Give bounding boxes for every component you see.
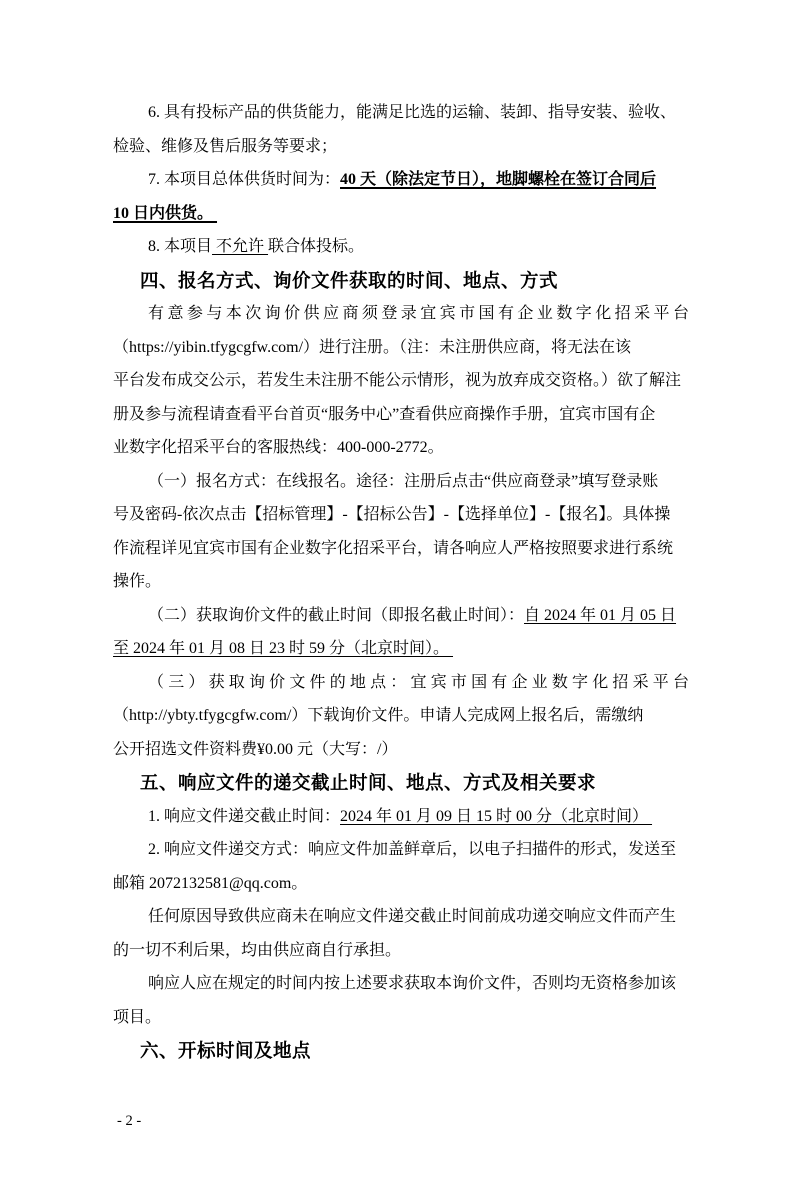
text-run: 的一切不利后果，均由供应商自行承担。: [113, 942, 401, 959]
text-line: 操作。: [113, 565, 689, 599]
text-line: （https://yibin.tfygcgfw.com/）进行注册。（注：未注册…: [113, 331, 689, 365]
text-run: 六、开标时间及地点: [140, 1040, 311, 1061]
text-run: 联合体投标。: [268, 238, 364, 255]
text-line: 业数字化招采平台的客服热线：400-000-2772。: [113, 431, 689, 465]
text-run: 项目。: [113, 1009, 161, 1026]
text-run: 作流程详见宜宾市国有企业数字化招采平台，请各响应人严格按照要求进行系统: [113, 540, 673, 557]
text-run: 1. 响应文件递交截止时间：: [148, 808, 340, 825]
text-line: （二）获取询价文件的截止时间（即报名截止时间）：自 2024 年 01 月 05…: [113, 599, 689, 633]
underlined-text-run: 2024 年 01 月 09 日 15 时 00 分（北京时间）: [340, 808, 652, 825]
text-line: 的一切不利后果，均由供应商自行承担。: [113, 934, 689, 968]
text-line: 6. 具有投标产品的供货能力，能满足比选的运输、装卸、指导安装、验收、: [113, 96, 689, 130]
text-run: （http://ybty.tfygcgfw.com/）下载询价文件。申请人完成网…: [113, 707, 643, 724]
text-line: （http://ybty.tfygcgfw.com/）下载询价文件。申请人完成网…: [113, 699, 689, 733]
text-line: 平台发布成交公示，若发生未注册不能公示情形，视为放弃成交资格。）欲了解注: [113, 364, 689, 398]
section-heading-line: 五、响应文件的递交截止时间、地点、方式及相关要求: [113, 766, 689, 800]
text-run: 公开招选文件资料费¥0.00 元（大写：/）: [113, 741, 397, 758]
text-run: 业数字化招采平台的客服热线：400-000-2772。: [113, 439, 444, 456]
text-run: （三）获取询价文件的地点：宜宾市国有企业数字化招采平台: [148, 674, 689, 691]
text-line: 有意参与本次询价供应商须登录宜宾市国有企业数字化招采平台: [113, 297, 689, 331]
text-run: 检验、维修及售后服务等要求；: [113, 138, 337, 155]
text-line: 邮箱 2072132581@qq.com。: [113, 867, 689, 901]
text-run: 有意参与本次询价供应商须登录宜宾市国有企业数字化招采平台: [148, 305, 689, 322]
text-line: 公开招选文件资料费¥0.00 元（大写：/）: [113, 733, 689, 767]
text-run: 五、响应文件的递交截止时间、地点、方式及相关要求: [140, 772, 596, 793]
text-run: 8. 本项目: [148, 238, 212, 255]
text-run: 6. 具有投标产品的供货能力，能满足比选的运输、装卸、指导安装、验收、: [148, 104, 676, 121]
text-line: 项目。: [113, 1001, 689, 1035]
underlined-text-run: 自 2024 年 01 月 05 日: [524, 607, 676, 624]
underlined-text-run: 10 日内供货。: [113, 205, 217, 222]
text-run: 任何原因导致供应商未在响应文件递交截止时间前成功递交响应文件而产生: [148, 908, 676, 925]
text-line: 1. 响应文件递交截止时间：2024 年 01 月 09 日 15 时 00 分…: [113, 800, 689, 834]
text-run: 四、报名方式、询价文件获取的时间、地点、方式: [140, 270, 558, 291]
text-run: 邮箱 2072132581@qq.com。: [113, 875, 307, 892]
text-line: 2. 响应文件递交方式：响应文件加盖鲜章后，以电子扫描件的形式，发送至: [113, 833, 689, 867]
section-heading-line: 四、报名方式、询价文件获取的时间、地点、方式: [113, 264, 689, 298]
text-line: 册及参与流程请查看平台首页“服务中心”查看供应商操作手册，宜宾市国有企: [113, 398, 689, 432]
text-run: 操作。: [113, 573, 161, 590]
text-line: （三）获取询价文件的地点：宜宾市国有企业数字化招采平台: [113, 666, 689, 700]
text-run: （二）获取询价文件的截止时间（即报名截止时间）：: [148, 607, 524, 624]
text-line: 8. 本项目 不允许 联合体投标。: [113, 230, 689, 264]
section-heading-line: 六、开标时间及地点: [113, 1034, 689, 1068]
underlined-text-run: 40 天（除法定节日），地脚螺栓在签订合同后: [340, 171, 656, 188]
text-run: 号及密码-依次点击【招标管理】-【招标公告】-【选择单位】-【报名】。具体操: [113, 506, 670, 523]
text-run: 平台发布成交公示，若发生未注册不能公示情形，视为放弃成交资格。）欲了解注: [113, 372, 681, 389]
text-line: 检验、维修及售后服务等要求；: [113, 130, 689, 164]
page-number: - 2 -: [117, 1110, 141, 1132]
text-line: （一）报名方式：在线报名。途径：注册后点击“供应商登录”填写登录账: [113, 465, 689, 499]
document-content: 6. 具有投标产品的供货能力，能满足比选的运输、装卸、指导安装、验收、检验、维修…: [113, 96, 689, 1068]
text-run: （https://yibin.tfygcgfw.com/）进行注册。（注：未注册…: [113, 339, 631, 356]
text-run: 2. 响应文件递交方式：响应文件加盖鲜章后，以电子扫描件的形式，发送至: [148, 841, 676, 858]
text-line: 任何原因导致供应商未在响应文件递交截止时间前成功递交响应文件而产生: [113, 900, 689, 934]
underlined-text-run: 至 2024 年 01 月 08 日 23 时 59 分（北京时间）。: [113, 640, 453, 657]
text-run: 7. 本项目总体供货时间为：: [148, 171, 340, 188]
text-line: 10 日内供货。: [113, 197, 689, 231]
text-line: 至 2024 年 01 月 08 日 23 时 59 分（北京时间）。: [113, 632, 689, 666]
text-run: （一）报名方式：在线报名。途径：注册后点击“供应商登录”填写登录账: [148, 473, 658, 490]
text-run: 响应人应在规定的时间内按上述要求获取本询价文件，否则均无资格参加该: [148, 975, 676, 992]
text-line: 作流程详见宜宾市国有企业数字化招采平台，请各响应人严格按照要求进行系统: [113, 532, 689, 566]
text-line: 号及密码-依次点击【招标管理】-【招标公告】-【选择单位】-【报名】。具体操: [113, 498, 689, 532]
text-line: 响应人应在规定的时间内按上述要求获取本询价文件，否则均无资格参加该: [113, 967, 689, 1001]
underlined-text-run: 不允许: [212, 238, 268, 255]
text-run: 册及参与流程请查看平台首页“服务中心”查看供应商操作手册，宜宾市国有企: [113, 406, 655, 423]
text-line: 7. 本项目总体供货时间为：40 天（除法定节日），地脚螺栓在签订合同后: [113, 163, 689, 197]
document-page: 6. 具有投标产品的供货能力，能满足比选的运输、装卸、指导安装、验收、检验、维修…: [0, 0, 800, 1200]
